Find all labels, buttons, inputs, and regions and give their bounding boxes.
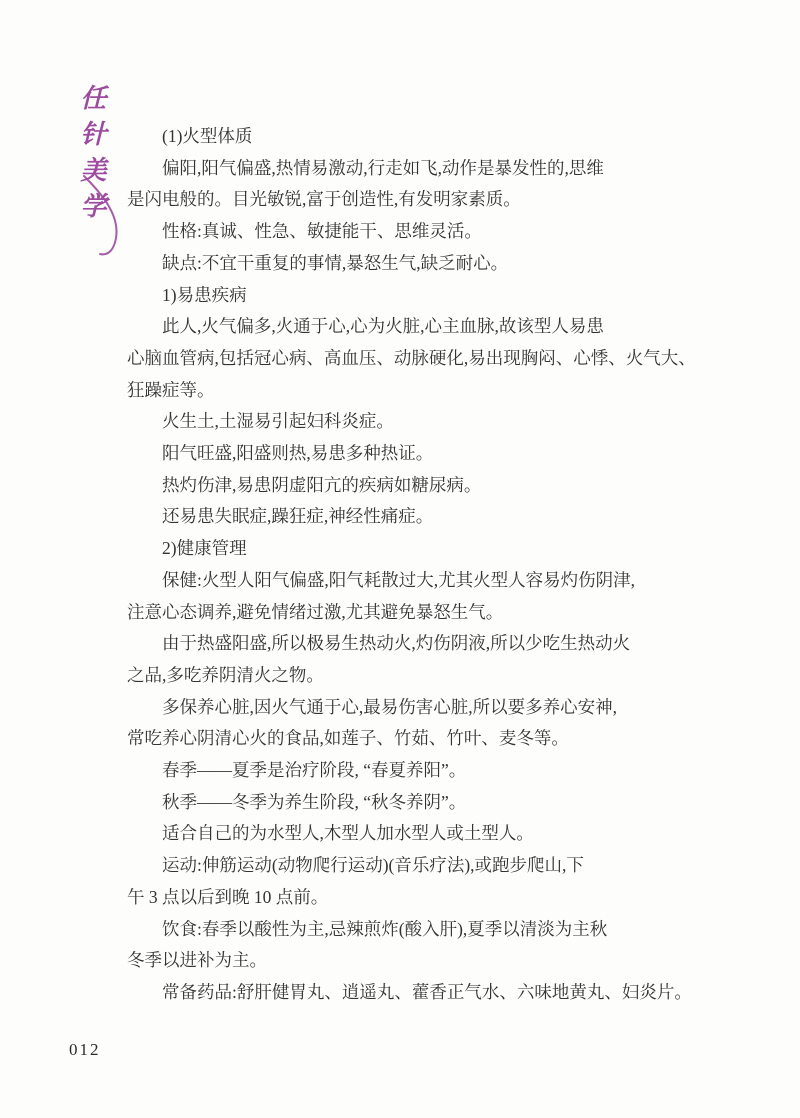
text-line: 狂躁症等。 [127,375,672,407]
text-line: 午 3 点以后到晚 10 点前。 [127,882,672,914]
text-line: 还易患失眠症,躁狂症,神经性痛症。 [127,501,672,533]
text-line: 常备药品:舒肝健胃丸、逍遥丸、藿香正气水、六味地黄丸、妇炎片。 [127,977,672,1009]
page-number: 012 [69,1040,101,1060]
subheading-diseases: 1)易患疾病 [127,280,672,312]
text-line: 缺点:不宜干重复的事情,暴怒生气,缺乏耐心。 [127,248,672,280]
text-line: 常吃养心阴清心火的食品,如莲子、竹茹、竹叶、麦冬等。 [127,723,672,755]
text-line: 秋季——冬季为养生阶段, “秋冬养阴”。 [127,787,672,819]
text-line: 火生土,土湿易引起妇科炎症。 [127,406,672,438]
text-line: 春季——夏季是治疗阶段, “春夏养阳”。 [127,755,672,787]
text-line: 运动:伸筋运动(动物爬行运动)(音乐疗法),或跑步爬山,下 [127,850,672,882]
text-line: 注意心态调养,避免情绪过激,尤其避免暴怒生气。 [127,597,672,629]
text-line: 冬季以进补为主。 [127,945,672,977]
text-line: 热灼伤津,易患阴虚阳亢的疾病如糖尿病。 [127,470,672,502]
text-line: 心脑血管病,包括冠心病、高血压、动脉硬化,易出现胸闷、心悸、火气大、 [127,343,672,375]
text-line: 保健:火型人阳气偏盛,阳气耗散过大,尤其火型人容易灼伤阴津, [127,565,672,597]
main-text-block: (1)火型体质 偏阳,阳气偏盛,热情易激动,行走如飞,动作是暴发性的,思维 是闪… [127,121,672,1009]
text-line: 阳气旺盛,阳盛则热,易患多种热证。 [127,438,672,470]
book-page: 任针美学 (1)火型体质 偏阳,阳气偏盛,热情易激动,行走如飞,动作是暴发性的,… [0,0,800,1118]
text-line: 适合自己的为水型人,木型人加水型人或土型人。 [127,818,672,850]
text-line: 性格:真诚、性急、敏捷能干、思维灵活。 [127,216,672,248]
subheading-health-management: 2)健康管理 [127,533,672,565]
margin-brand-logo: 任针美学 [74,84,108,228]
text-line: 饮食:春季以酸性为主,忌辣煎炸(酸入肝),夏季以清淡为主秋 [127,914,672,946]
section-heading-fire-type: (1)火型体质 [127,121,672,153]
text-line: 是闪电般的。目光敏锐,富于创造性,有发明家素质。 [127,184,672,216]
text-line: 偏阳,阳气偏盛,热情易激动,行走如飞,动作是暴发性的,思维 [127,153,672,185]
text-line: 多保养心脏,因火气通于心,最易伤害心脏,所以要多养心安神, [127,692,672,724]
text-line: 此人,火气偏多,火通于心,心为火脏,心主血脉,故该型人易患 [127,311,672,343]
text-line: 之品,多吃养阴清火之物。 [127,660,672,692]
text-line: 由于热盛阳盛,所以极易生热动火,灼伤阴液,所以少吃生热动火 [127,628,672,660]
